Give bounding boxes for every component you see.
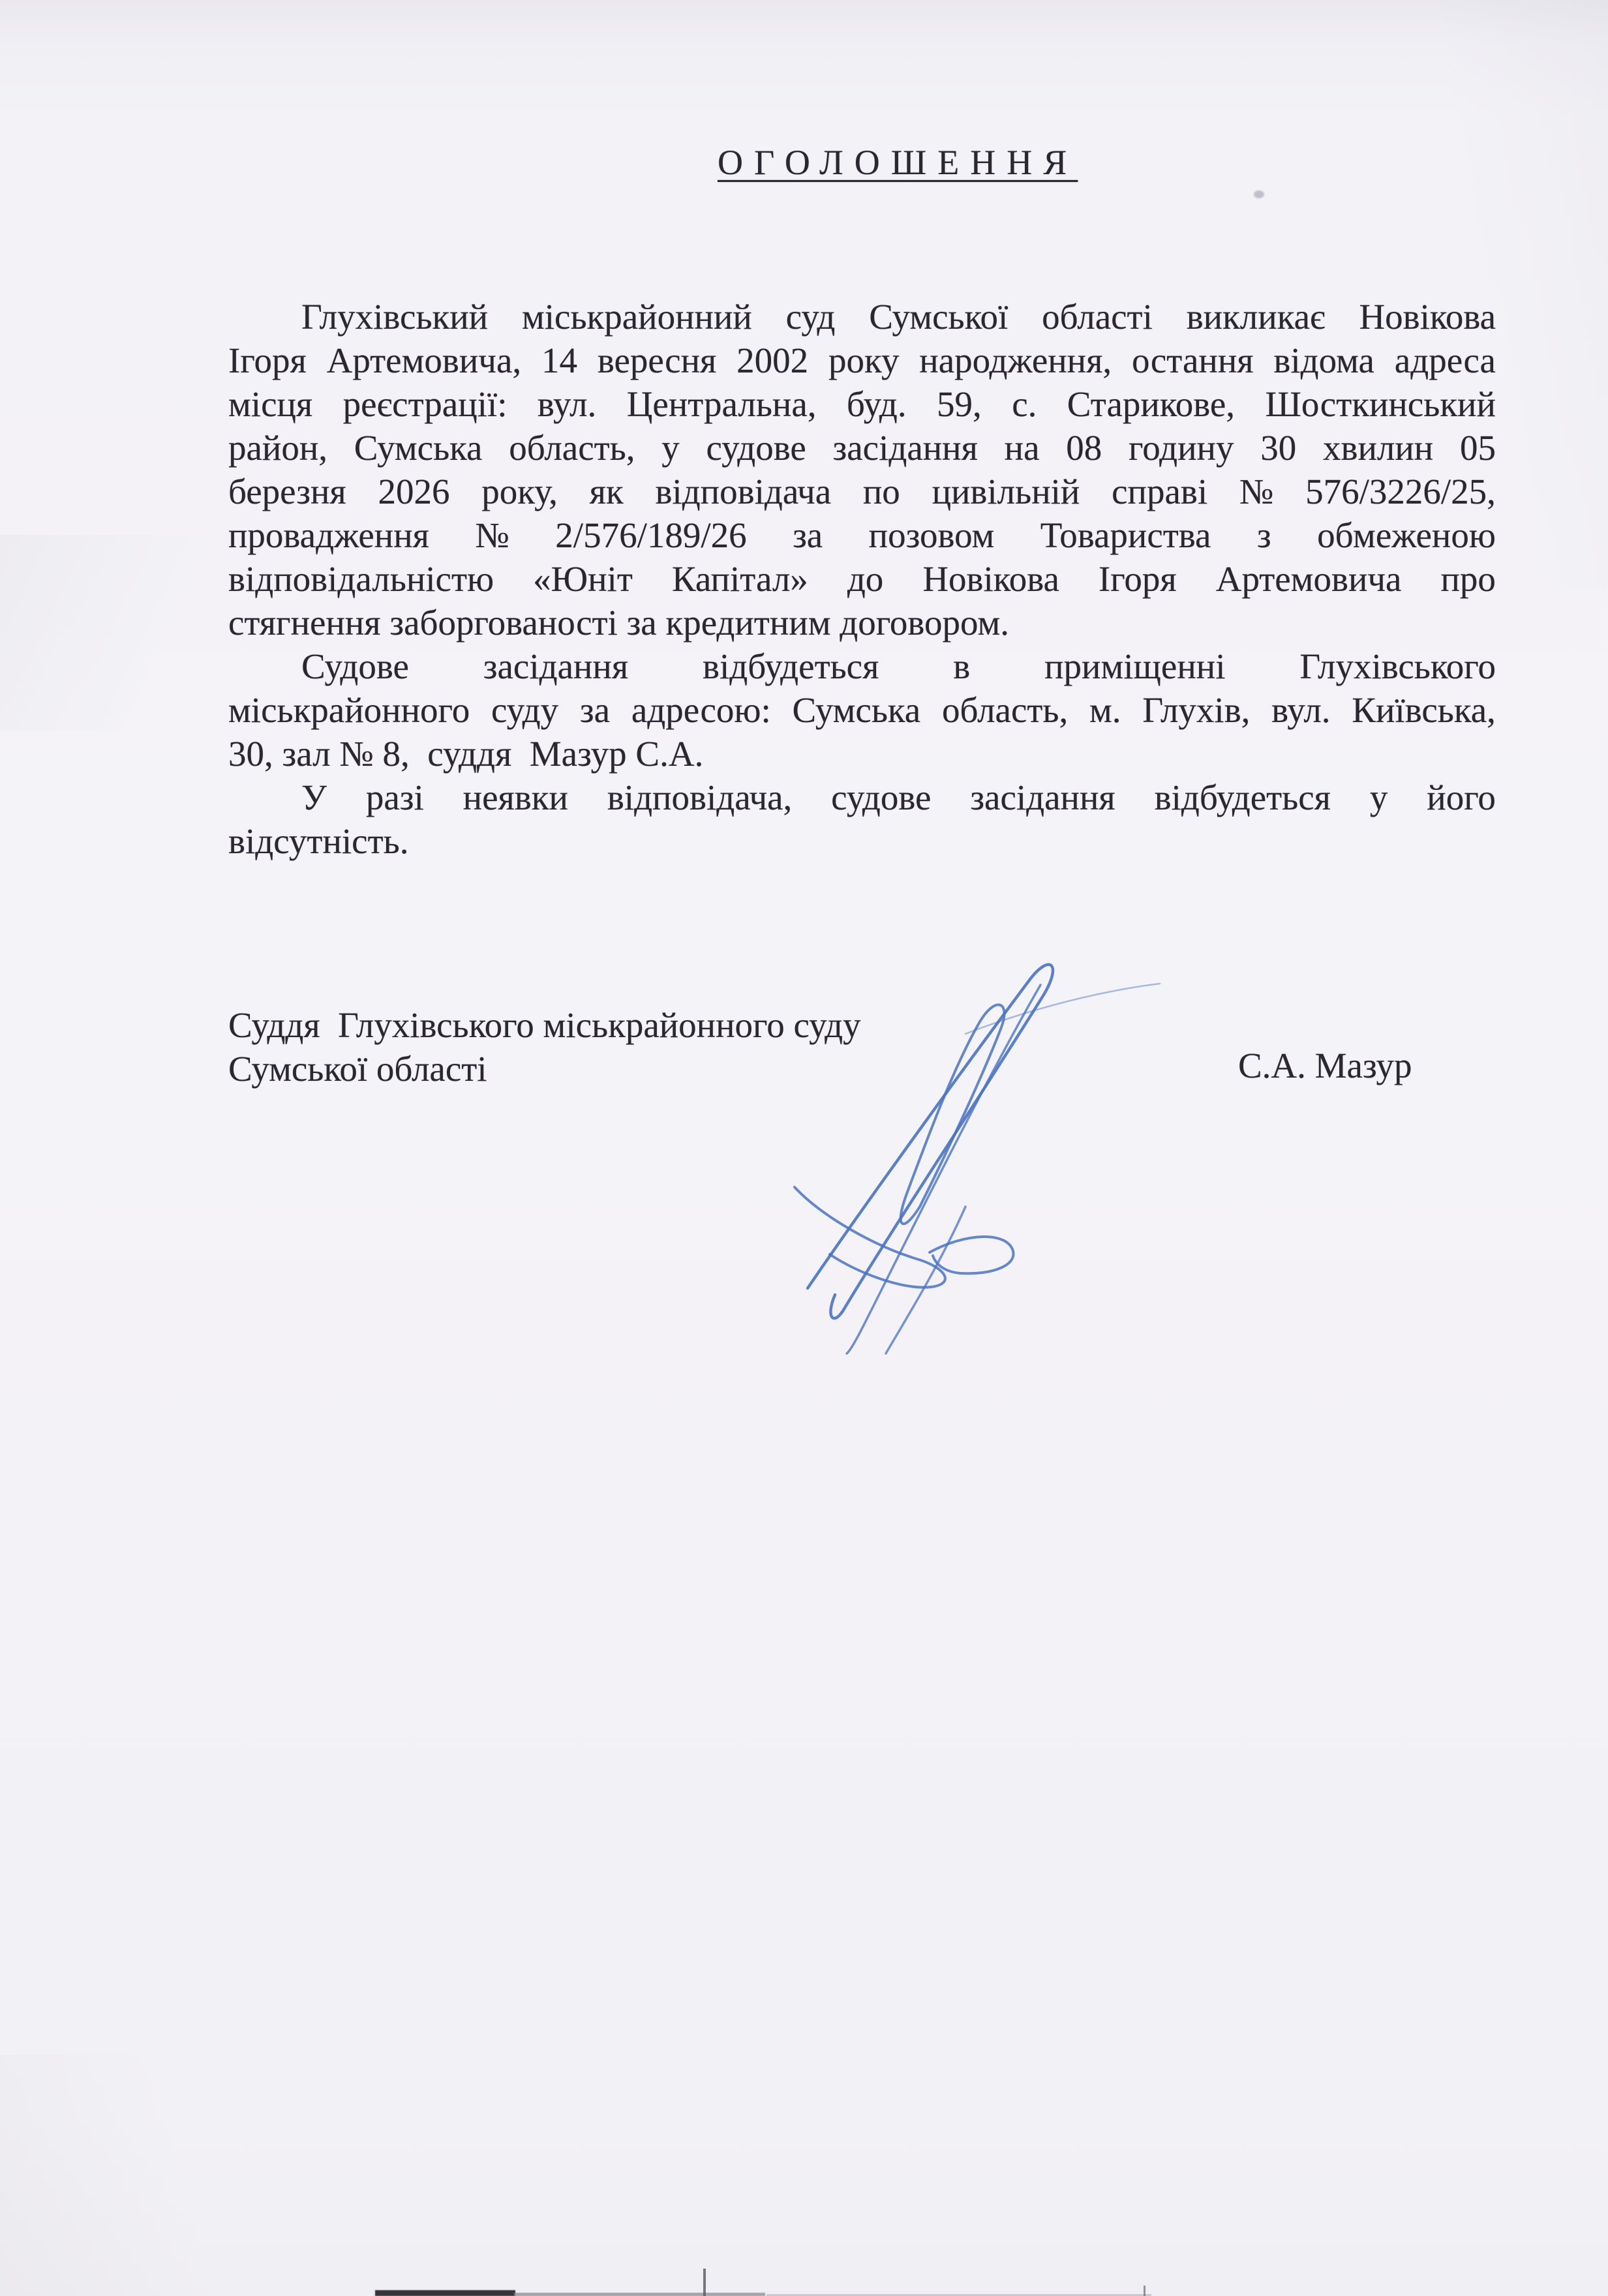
text-line: район,Сумськаобласть,усудовезасіданняна0… (228, 426, 1496, 470)
text-line: міськрайонногосудузаадресою:Сумськаоблас… (228, 688, 1496, 732)
text-line: відповідальністю«ЮнітКапітал»доНовіковаІ… (228, 557, 1496, 601)
text-line: ГлухівськийміськрайоннийсудСумськоїоблас… (228, 295, 1496, 339)
scanned-court-announcement-page: ОГОЛОШЕННЯ ГлухівськийміськрайоннийсудСу… (0, 0, 1608, 2296)
text-line: Уразінеявкивідповідача,судовезасіданняві… (228, 776, 1496, 819)
signature-role-line: Сумської області (228, 1047, 861, 1091)
scan-artifact-bottom-edge (375, 2290, 515, 2296)
scan-artifact-tick (1144, 2286, 1145, 2296)
paper-crease (0, 2055, 339, 2296)
scan-artifact-tick (703, 2269, 706, 2296)
text-line: відсутність. (228, 819, 1496, 863)
paper-smudge (1254, 190, 1264, 198)
document-title: ОГОЛОШЕННЯ (718, 142, 1078, 183)
judge-name: С.А. Мазур (1238, 1044, 1412, 1087)
text-line: стягнення заборгованості за кредитним до… (228, 601, 1496, 644)
text-line: березня2026року,яквідповідачапоцивільній… (228, 470, 1496, 513)
text-line: СудовезасіданнявідбудетьсявприміщенніГлу… (228, 644, 1496, 688)
document-body: ГлухівськийміськрайоннийсудСумськоїоблас… (228, 295, 1496, 863)
scan-artifact-bottom-edge (514, 2293, 765, 2296)
signature-role-line: Суддя Глухівського міськрайонного суду (228, 1003, 861, 1047)
text-line: провадження№2/576/189/26запозовомТоварис… (228, 513, 1496, 557)
signature-role-lines: Суддя Глухівського міськрайонного судуСу… (228, 1003, 861, 1091)
text-line: місцяреєстрації:вул.Центральна,буд.59,с.… (228, 382, 1496, 426)
signature-scribble (770, 926, 1187, 1363)
text-line: ІгоряАртемовича,14вересня2002рокународже… (228, 339, 1496, 382)
text-line: 30, зал № 8, суддя Мазур С.А. (228, 732, 1496, 776)
